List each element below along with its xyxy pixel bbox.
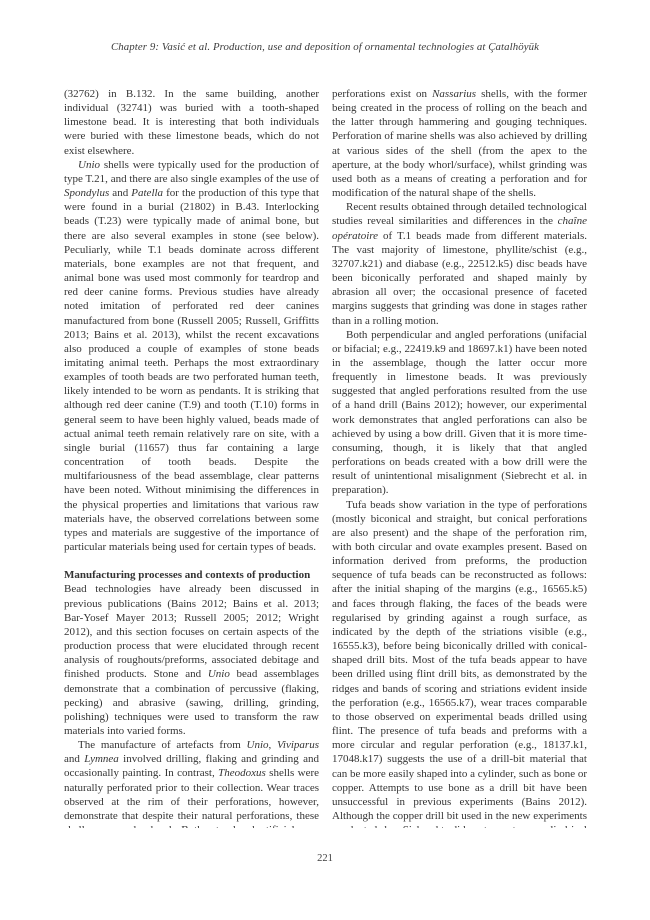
text-run: and xyxy=(64,753,84,765)
text-run: Recent results obtained through detailed… xyxy=(332,201,587,227)
italic-text: Lymnea xyxy=(84,753,119,765)
italic-text: Nassarius xyxy=(432,88,476,100)
text-run: The manufacture of artefacts from xyxy=(78,739,247,751)
right-column: perforations exist on Nassarius shells, … xyxy=(332,87,587,828)
italic-text: Theodoxus xyxy=(218,767,266,779)
paragraph: Both perpendicular and angled perforatio… xyxy=(332,328,587,498)
text-run: for the production of this type that wer… xyxy=(64,187,319,553)
paragraph: Tufa beads show variation in the type of… xyxy=(332,498,587,828)
text-run: (32762) in B.132. In the same building, … xyxy=(64,88,319,157)
page-number: 221 xyxy=(0,853,650,864)
text-columns: (32762) in B.132. In the same building, … xyxy=(64,87,587,828)
paragraph: Unio shells were typically used for the … xyxy=(64,158,319,554)
section-heading: Manufacturing processes and contexts of … xyxy=(64,568,319,582)
text-run: shells, with the former being created in… xyxy=(332,88,587,199)
text-run: perforations exist on xyxy=(332,88,432,100)
text-run: Manufacturing processes and contexts of … xyxy=(64,569,310,581)
text-run: Tufa beads show variation in the type of… xyxy=(332,499,587,828)
document-page: Chapter 9: Vasić et al. Production, use … xyxy=(0,0,650,920)
paragraph: (32762) in B.132. In the same building, … xyxy=(64,87,319,158)
text-run: and xyxy=(109,187,131,199)
paragraph: The manufacture of artefacts from Unio, … xyxy=(64,738,319,828)
italic-text: Unio xyxy=(247,739,269,751)
paragraph: Recent results obtained through detailed… xyxy=(332,200,587,327)
paragraph: Bead technologies have already been disc… xyxy=(64,582,319,738)
italic-text: Spondylus xyxy=(64,187,109,199)
italic-text: Viviparus xyxy=(277,739,319,751)
italic-text: Unio xyxy=(208,668,230,680)
text-run: shells were typically used for the produ… xyxy=(64,159,319,185)
italic-text: Patella xyxy=(131,187,163,199)
text-run: Both perpendicular and angled perforatio… xyxy=(332,329,587,497)
paragraph: perforations exist on Nassarius shells, … xyxy=(332,87,587,200)
italic-text: Unio xyxy=(78,159,100,171)
left-column: (32762) in B.132. In the same building, … xyxy=(64,87,319,828)
text-run: of T.1 beads made from different materia… xyxy=(332,230,587,327)
text-run: Bead technologies have already been disc… xyxy=(64,583,319,680)
running-header: Chapter 9: Vasić et al. Production, use … xyxy=(0,41,650,53)
text-run: , xyxy=(269,739,277,751)
